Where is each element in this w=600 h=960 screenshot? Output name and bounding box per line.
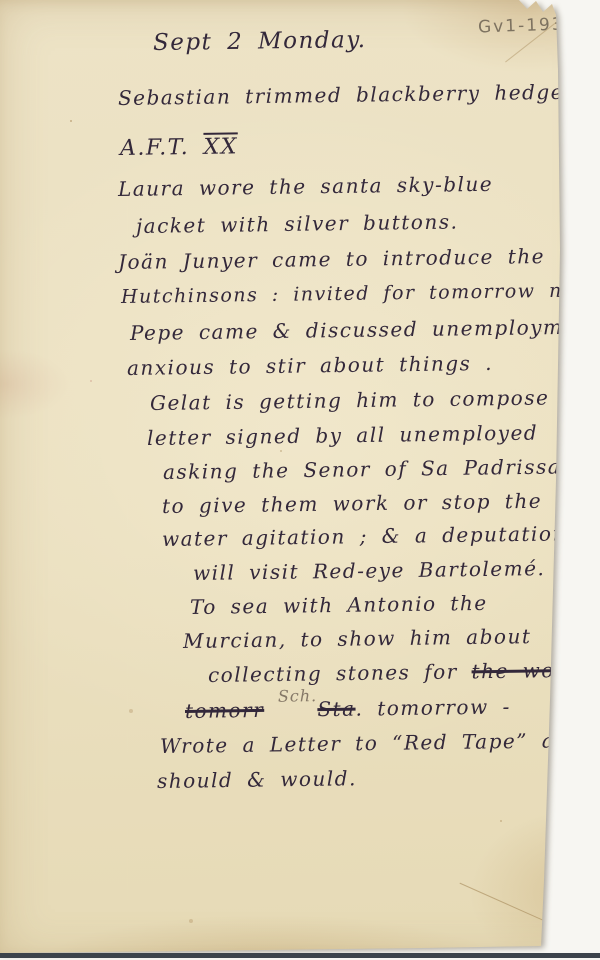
- pencil-insertion: Sch.: [278, 686, 318, 706]
- handwritten-text: Hutchinsons : invited for tomorrow night…: [121, 279, 600, 308]
- manuscript-line: collecting stones for the work: [208, 658, 580, 687]
- handwritten-text: water agitation ; & a deputation: [162, 521, 567, 551]
- handwritten-text: [264, 698, 278, 722]
- manuscript-line: A.F.T. XX: [120, 134, 238, 161]
- manuscript-line: Sebastian trimmed blackberry hedge.: [118, 80, 572, 110]
- handwritten-text: Sept 2 Monday.: [153, 27, 367, 56]
- scan-bed-edge: [0, 953, 600, 958]
- scanned-page: { "document": { "archive_mark": "Gv1-193…: [0, 0, 600, 960]
- manuscript-line: Hutchinsons : invited for tomorrow night…: [121, 279, 600, 308]
- handwritten-text: Sebastian trimmed blackberry hedge.: [118, 80, 572, 110]
- manuscript-line: letter signed by all unemployed: [147, 421, 538, 450]
- manuscript-line: jacket with silver buttons.: [136, 209, 459, 237]
- handwritten-text: to give them work or stop the: [162, 489, 542, 518]
- manuscript-line: Sept 2 Monday.: [153, 27, 367, 56]
- handwritten-text-layer: Sept 2 Monday.Sebastian trimmed blackber…: [0, 0, 600, 960]
- manuscript-line: anxious to stir about things .: [127, 351, 493, 380]
- manuscript-line: tomorr Sch.Sta. tomorrow -: [185, 694, 511, 723]
- manuscript-line: Gelat is getting him to compose a: [150, 385, 577, 415]
- handwritten-text: jacket with silver buttons.: [136, 209, 459, 237]
- handwritten-text: To sea with Antonio the: [190, 591, 488, 619]
- handwritten-text: Joän Junyer came to introduce the: [118, 244, 545, 274]
- manuscript-paper-wrap: Gv1-193 Sept 2 Monday.Sebastian trimmed …: [0, 0, 600, 960]
- handwritten-text: A.F.T.: [120, 135, 204, 161]
- overlined-text: XX: [203, 134, 238, 159]
- manuscript-paper: Gv1-193 Sept 2 Monday.Sebastian trimmed …: [0, 0, 600, 960]
- handwritten-text: Murcian, to show him about: [183, 624, 532, 653]
- handwritten-text: asking the Senor of Sa Padrissa: [163, 454, 562, 484]
- handwritten-text: Gelat is getting him to compose a: [150, 385, 577, 415]
- handwritten-text: collecting stones for: [208, 659, 472, 687]
- handwritten-text: Pepe came & discussed unemployment,: [130, 314, 600, 345]
- manuscript-line: Pepe came & discussed unemployment,: [130, 314, 600, 345]
- manuscript-line: water agitation ; & a deputation: [162, 521, 567, 551]
- handwritten-text: will visit Red-eye Bartolemé.: [193, 556, 546, 585]
- manuscript-line: will visit Red-eye Bartolemé.: [193, 556, 546, 585]
- handwritten-text: should & would.: [157, 766, 357, 793]
- manuscript-line: should & would.: [157, 766, 357, 793]
- struck-text: Sta: [317, 697, 356, 722]
- handwritten-text: Wrote a Letter to “Red Tape” about: [160, 728, 600, 758]
- handwritten-text: anxious to stir about things .: [127, 351, 493, 380]
- struck-text: the work: [471, 658, 579, 684]
- manuscript-line: Murcian, to show him about: [183, 624, 532, 653]
- manuscript-line: to give them work or stop the: [162, 489, 542, 518]
- manuscript-line: To sea with Antonio the: [190, 591, 488, 619]
- handwritten-text: letter signed by all unemployed: [147, 421, 538, 450]
- struck-text: tomorr: [185, 698, 265, 723]
- handwritten-text: Laura wore the santa sky-blue: [118, 172, 494, 201]
- manuscript-line: Laura wore the santa sky-blue: [118, 172, 494, 201]
- manuscript-line: Joän Junyer came to introduce the: [118, 244, 545, 274]
- handwritten-text: . tomorrow -: [355, 694, 511, 720]
- manuscript-line: asking the Senor of Sa Padrissa: [163, 454, 562, 484]
- manuscript-line: Wrote a Letter to “Red Tape” about: [160, 728, 600, 758]
